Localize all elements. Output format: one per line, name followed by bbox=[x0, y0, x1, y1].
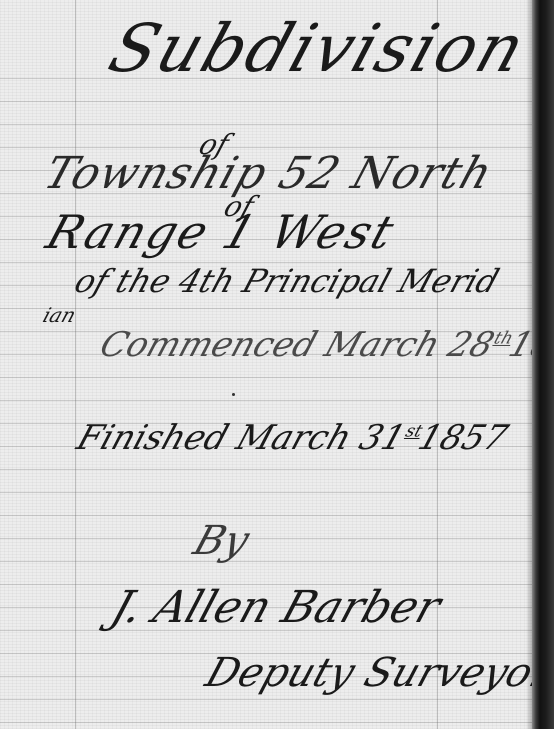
meridian-line-continued: ian bbox=[40, 303, 79, 327]
surveyor-title: Deputy Surveyor bbox=[200, 650, 554, 696]
ruled-line bbox=[0, 699, 535, 700]
ruled-line bbox=[0, 101, 535, 102]
by-label: By bbox=[188, 518, 255, 564]
finished-date: Finished March 31st1857 bbox=[72, 418, 513, 458]
ruled-line bbox=[0, 722, 535, 723]
meridian-line: of the 4th Principal Merid bbox=[70, 262, 504, 300]
ruled-line bbox=[0, 515, 535, 516]
ruled-line bbox=[0, 469, 535, 470]
ruled-line bbox=[0, 308, 535, 309]
ruled-line bbox=[0, 492, 535, 493]
ruled-line bbox=[0, 377, 535, 378]
finished-year: 1857 bbox=[413, 418, 513, 458]
ruled-line bbox=[0, 124, 535, 125]
commenced-label: Commenced March 28 bbox=[95, 325, 499, 365]
township-line: Township 52 North bbox=[38, 148, 499, 199]
heading-subdivision: Subdivision bbox=[100, 10, 536, 87]
surveyor-name: J. Allen Barber bbox=[105, 582, 447, 633]
range-line: Range 1 West bbox=[40, 205, 402, 259]
finished-label: Finished March 31 bbox=[72, 418, 411, 458]
ruled-line bbox=[0, 400, 535, 401]
document-page: Subdivision of Township 52 North of Rang… bbox=[0, 0, 554, 729]
book-binding bbox=[532, 0, 554, 729]
ink-dot bbox=[232, 393, 235, 396]
left-margin-rule bbox=[75, 0, 76, 729]
ruled-line bbox=[0, 538, 535, 539]
ruled-line bbox=[0, 561, 535, 562]
commenced-date: Commenced March 28th1857 bbox=[95, 325, 554, 365]
